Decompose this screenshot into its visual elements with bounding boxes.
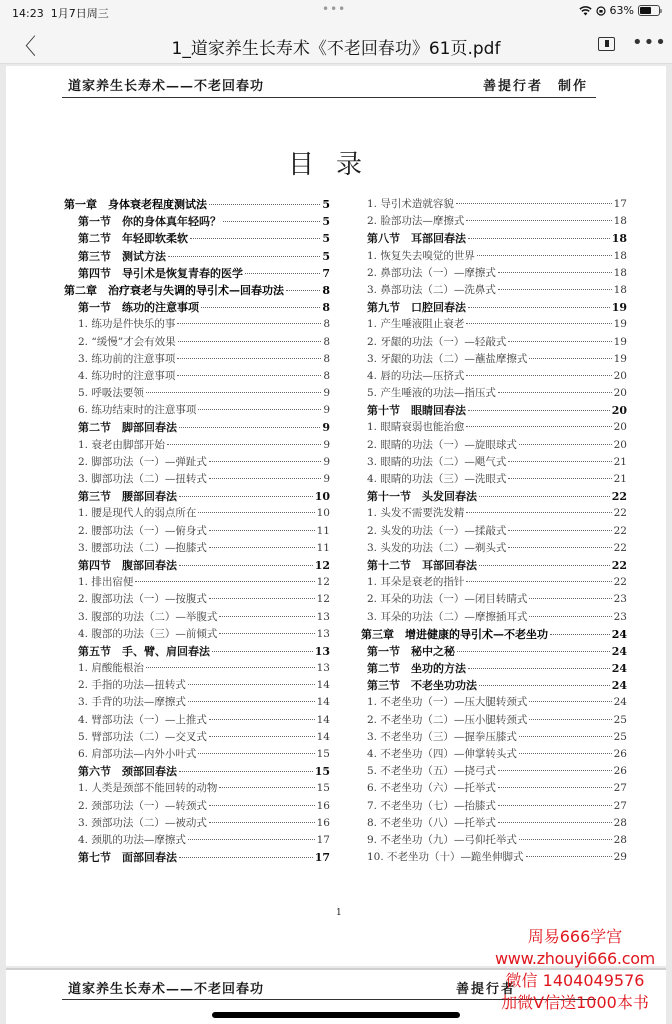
- toc-page-number: 23: [614, 593, 627, 605]
- toc-item[interactable]: 7. 不老坐功（七）—抬膝式27: [361, 798, 627, 815]
- toc-label: 2. 脚部功法（一）—弹趾式: [78, 454, 207, 469]
- toc-item[interactable]: 1. 人类是颈部不能回转的动物15: [64, 780, 330, 797]
- toc-item[interactable]: 1. 练功是件快乐的事8: [64, 316, 330, 333]
- dot-leader: [198, 753, 314, 754]
- toc-section[interactable]: 第六节 颈部回春法15: [64, 763, 330, 780]
- toc-label: 第二节 坐功的方法: [367, 660, 466, 676]
- toc-item[interactable]: 1. 产生唾液阻止衰老19: [361, 316, 627, 333]
- toc-label: 1. 耳朵是衰老的指针: [367, 574, 464, 589]
- toc-page-number: 18: [614, 284, 627, 296]
- toc-item[interactable]: 4. 唇的功法—压挤式20: [361, 368, 627, 385]
- orientation-lock-icon: [596, 6, 606, 16]
- page-title: 目录: [6, 144, 666, 181]
- dot-leader: [526, 856, 612, 857]
- dot-leader: [468, 410, 610, 411]
- toc-item[interactable]: 3. 脚部功法（二）—扭转式9: [64, 471, 330, 488]
- dot-leader: [498, 770, 612, 771]
- page-header: 道家养生长寿术——不老回春功 善提行者 制作: [62, 70, 596, 98]
- dot-leader: [219, 633, 314, 634]
- toc-label: 1. 衰老由脚部开始: [78, 437, 165, 452]
- dot-leader: [508, 461, 611, 462]
- toc-page-number: 19: [614, 353, 627, 365]
- toc-page-number: 9: [322, 421, 330, 434]
- toc-page-number: 19: [612, 301, 627, 314]
- toc-label: 2. 颈部功法（一）—转颈式: [78, 798, 207, 813]
- dot-leader: [466, 220, 611, 221]
- toc-label: 4. 腹部的功法（三）—前倾式: [78, 626, 217, 641]
- toc-item[interactable]: 5. 产生唾液的功法—指压式20: [361, 385, 627, 402]
- toc-item[interactable]: 3. 牙龈的功法（二）—蘸盐摩擦式19: [361, 351, 627, 368]
- toc-item[interactable]: 9. 不老坐功（九）—弓仰托举式28: [361, 832, 627, 849]
- toc-label: 1. 头发不需要洗发精: [367, 505, 464, 520]
- toc-label: 3. 头发的功法（二）—剃头式: [367, 540, 506, 555]
- toc-page-number: 18: [614, 267, 627, 279]
- toc-label: 5. 呼吸法要领: [78, 385, 144, 400]
- toc-page-number: 20: [614, 387, 627, 399]
- dot-leader: [529, 598, 611, 599]
- battery-percent: 63%: [610, 4, 634, 17]
- dot-leader: [177, 358, 321, 359]
- toc-page-number: 12: [315, 559, 330, 572]
- toc-label: 2. 腹部功法（一）—按腹式: [78, 591, 207, 606]
- toc-page-number: 14: [317, 714, 330, 726]
- toc-item[interactable]: 1. 腰是现代人的弱点所在10: [64, 505, 330, 522]
- toc-section[interactable]: 第四节 腹部回春法12: [64, 557, 330, 574]
- toc-label: 3. 牙龈的功法（二）—蘸盐摩擦式: [367, 351, 527, 366]
- toc-section[interactable]: 第三节 测试方法5: [64, 248, 330, 265]
- toc-section[interactable]: 第九节 口腔回春法19: [361, 299, 627, 316]
- wifi-icon: [579, 6, 592, 16]
- toc-page-number: 13: [315, 645, 330, 658]
- toc-label: 第三节 测试方法: [78, 248, 166, 264]
- toc-page-number: 13: [317, 628, 330, 640]
- toc-item[interactable]: 3. 练功前的注意事项8: [64, 351, 330, 368]
- dot-leader: [209, 822, 315, 823]
- toc-label: 10. 不老坐功（十）—跪坐伸脚式: [367, 849, 524, 864]
- toc-item[interactable]: 4. 臂部功法（一）—上推式14: [64, 712, 330, 729]
- toc-label: 1. 不老坐功（一）—压大腿转颈式: [367, 694, 527, 709]
- toc-page-number: 12: [317, 593, 330, 605]
- reader-view-button[interactable]: [598, 37, 615, 51]
- toc-item[interactable]: 4. 不老坐功（四）—伸掌转头式26: [361, 746, 627, 763]
- toc-page-number: 5: [322, 215, 330, 228]
- next-header-book-title: 道家养生长寿术——不老回春功: [68, 978, 264, 997]
- toc-item[interactable]: 1. 头发不需要洗发精22: [361, 505, 627, 522]
- dot-leader: [466, 375, 611, 376]
- toc-page-number: 27: [614, 782, 627, 794]
- dot-leader: [209, 598, 315, 599]
- toc-page-number: 20: [614, 439, 627, 451]
- dot-leader: [198, 409, 321, 410]
- toc-label: 2. 耳朵的功法（一）—闭目转睛式: [367, 591, 527, 606]
- toc-page-number: 9: [323, 473, 330, 485]
- toc-label: 4. 颈肌的功法—摩擦式: [78, 832, 186, 847]
- toc-item[interactable]: 4. 眼睛的功法（三）—洗眼式21: [361, 471, 627, 488]
- dot-leader: [209, 719, 315, 720]
- toc-item[interactable]: 2. 头发的功法（一）—揉敲式22: [361, 523, 627, 540]
- dot-leader: [498, 822, 612, 823]
- watermark-line-1: 周易666学宫: [480, 926, 670, 948]
- toc-label: 第一节 练功的注意事项: [78, 299, 199, 315]
- toc-section[interactable]: 第二节 脚部回春法9: [64, 419, 330, 436]
- toc-page-number: 11: [317, 525, 330, 537]
- toc-item[interactable]: 6. 肩部功法—内外小叶式15: [64, 746, 330, 763]
- dot-leader: [457, 651, 610, 652]
- toc-item[interactable]: 1. 排出宿便12: [64, 574, 330, 591]
- battery-icon: [638, 5, 660, 16]
- status-time: 14:23 1月7日周三: [12, 5, 109, 21]
- toc-label: 4. 眼睛的功法（三）—洗眼式: [367, 471, 506, 486]
- dot-leader: [466, 323, 611, 324]
- dot-leader: [508, 341, 611, 342]
- toc-item[interactable]: 2. 手指的功法—扭转式14: [64, 677, 330, 694]
- toc-page-number: 14: [317, 679, 330, 691]
- toc-label: 5. 不老坐功（五）—挠弓式: [367, 763, 496, 778]
- dot-leader: [498, 805, 612, 806]
- header-author: 善提行者 制作: [483, 75, 588, 94]
- pdf-page[interactable]: 道家养生长寿术——不老回春功 善提行者 制作 目录 第一章 身体衰老程度测试法5…: [6, 66, 666, 966]
- dot-leader: [477, 255, 612, 256]
- dot-leader: [219, 787, 314, 788]
- more-options-button[interactable]: •••: [632, 32, 667, 53]
- multitask-dots[interactable]: •••: [322, 2, 346, 16]
- toc-item[interactable]: 2. 脚部功法（一）—弹趾式9: [64, 454, 330, 471]
- toc-page-number: 9: [323, 387, 330, 399]
- toc-label: 3. 手背的功法—摩擦式: [78, 694, 186, 709]
- dot-leader: [466, 512, 611, 513]
- dot-leader: [508, 547, 611, 548]
- toc-item[interactable]: 3. 颈部功法（二）—被动式16: [64, 815, 330, 832]
- dot-leader: [479, 685, 610, 686]
- dot-leader: [179, 565, 313, 566]
- watermark-line-2: www.zhouyi666.com: [480, 948, 670, 970]
- toc-item[interactable]: 1. 导引术造就容貌17: [361, 196, 627, 213]
- status-bar: 14:23 1月7日周三 ••• 63%: [0, 0, 672, 24]
- toc-section[interactable]: 第二节 坐功的方法24: [361, 660, 627, 677]
- toc-item[interactable]: 2. 鼻部功法（一）—摩擦式18: [361, 265, 627, 282]
- toc-item[interactable]: 4. 颈肌的功法—摩擦式17: [64, 832, 330, 849]
- dot-leader: [498, 289, 612, 290]
- dot-leader: [219, 616, 314, 617]
- toc-page-number: 18: [614, 215, 627, 227]
- toc-label: 9. 不老坐功（九）—弓仰托举式: [367, 832, 517, 847]
- toc-page-number: 9: [323, 404, 330, 416]
- toc-item[interactable]: 4. 腹部的功法（三）—前倾式13: [64, 626, 330, 643]
- toc-item[interactable]: 1. 衰老由脚部开始9: [64, 437, 330, 454]
- toc-label: 5. 臂部功法（二）—交叉式: [78, 729, 207, 744]
- toc-page-number: 10: [317, 507, 330, 519]
- toc-item[interactable]: 2. 不老坐功（二）—压小腿转颈式25: [361, 712, 627, 729]
- dot-leader: [167, 444, 321, 445]
- toc-label: 2. 头发的功法（一）—揉敲式: [367, 523, 506, 538]
- toc-label: 1. 腰是现代人的弱点所在: [78, 505, 196, 520]
- toc-page-number: 9: [323, 456, 330, 468]
- toc-page-number: 28: [614, 817, 627, 829]
- toc-label: 6. 肩部功法—内外小叶式: [78, 746, 196, 761]
- dot-leader: [498, 392, 612, 393]
- toc-item[interactable]: 3. 头发的功法（二）—剃头式22: [361, 540, 627, 557]
- toc-section[interactable]: 第四节 导引术是恢复青春的医学7: [64, 265, 330, 282]
- toc-page-number: 17: [315, 851, 330, 864]
- toc-section[interactable]: 第三节 腰部回春法10: [64, 488, 330, 505]
- toc-label: 2. 手指的功法—扭转式: [78, 677, 186, 692]
- toc-label: 1. 恢复失去嗅觉的世界: [367, 248, 475, 263]
- toc-label: 第一章 身体衰老程度测试法: [64, 196, 207, 212]
- dot-leader: [468, 307, 610, 308]
- toc-page-number: 16: [317, 800, 330, 812]
- toc-label: 3. 耳朵的功法（二）—摩擦插耳式: [367, 609, 527, 624]
- toc-label: 4. 不老坐功（四）—伸掌转头式: [367, 746, 517, 761]
- toc-page-number: 8: [322, 284, 330, 297]
- toc-label: 第六节 颈部回春法: [78, 763, 177, 779]
- toc-page-number: 24: [612, 662, 627, 675]
- dot-leader: [529, 719, 611, 720]
- toc-page-number: 21: [614, 473, 627, 485]
- dot-leader: [529, 701, 611, 702]
- dot-leader: [209, 530, 315, 531]
- dot-leader: [179, 496, 313, 497]
- toc-section[interactable]: 第一节 秘中之秘24: [361, 643, 627, 660]
- toc-page-number: 5: [322, 232, 330, 245]
- toc-page-number: 24: [612, 679, 627, 692]
- dot-leader: [519, 753, 612, 754]
- dot-leader: [223, 221, 320, 222]
- toc-item[interactable]: 8. 不老坐功（八）—托举式28: [361, 815, 627, 832]
- dot-leader: [245, 273, 320, 274]
- dot-leader: [209, 805, 315, 806]
- toc-label: 第四节 导引术是恢复青春的医学: [78, 265, 243, 281]
- dot-leader: [519, 444, 612, 445]
- toc-label: 第十二节 耳部回春法: [367, 557, 477, 573]
- toc-page-number: 24: [614, 696, 627, 708]
- dot-leader: [201, 307, 320, 308]
- toc-item[interactable]: 3. 耳朵的功法（二）—摩擦插耳式23: [361, 609, 627, 626]
- toc-page-number: 15: [317, 748, 330, 760]
- dot-leader: [519, 736, 612, 737]
- toc-item[interactable]: 2. 脸部功法—摩擦式18: [361, 213, 627, 230]
- toc-item[interactable]: 1. 耳朵是衰老的指针22: [361, 574, 627, 591]
- dot-leader: [498, 272, 612, 273]
- toc-page-number: 25: [614, 714, 627, 726]
- toc-label: 4. 臂部功法（一）—上推式: [78, 712, 207, 727]
- dot-leader: [466, 581, 611, 582]
- toc-item[interactable]: 5. 呼吸法要领9: [64, 385, 330, 402]
- toc-page-number: 10: [315, 490, 330, 503]
- toc-column-right: 1. 导引术造就容貌172. 脸部功法—摩擦式18第八节 耳部回春法181. 恢…: [361, 196, 627, 866]
- toc-page-number: 25: [614, 731, 627, 743]
- toc-page-number: 15: [315, 765, 330, 778]
- toc-item[interactable]: 3. 不老坐功（三）—握拳压膝式25: [361, 729, 627, 746]
- watermark-line-3: 微信 1404049576: [480, 970, 670, 992]
- toc-label: 6. 练功结束时的注意事项: [78, 402, 196, 417]
- toc-item[interactable]: 5. 臂部功法（二）—交叉式14: [64, 729, 330, 746]
- toc-page-number: 15: [317, 782, 330, 794]
- document-title: 1_道家养生长寿术《不老回春功》61页.pdf: [0, 34, 672, 59]
- toc-item[interactable]: 2. 腹部功法（一）—按腹式12: [64, 591, 330, 608]
- toc-label: 第五节 手、臂、肩回春法: [78, 643, 210, 659]
- dot-leader: [212, 651, 313, 652]
- toc-item[interactable]: 6. 不老坐功（六）—托举式27: [361, 780, 627, 797]
- dot-leader: [146, 667, 315, 668]
- toc-page-number: 20: [612, 404, 627, 417]
- dot-leader: [519, 839, 612, 840]
- toc-item[interactable]: 1. 恢复失去嗅觉的世界18: [361, 248, 627, 265]
- toc-label: 2. 鼻部功法（一）—摩擦式: [367, 265, 496, 280]
- toc-page-number: 19: [614, 318, 627, 330]
- toc-page-number: 13: [317, 662, 330, 674]
- toc-page-number: 26: [614, 765, 627, 777]
- dot-leader: [179, 427, 320, 428]
- toc-page-number: 20: [614, 370, 627, 382]
- dot-leader: [146, 392, 321, 393]
- dot-leader: [135, 581, 314, 582]
- toc-section[interactable]: 第五节 手、臂、肩回春法13: [64, 643, 330, 660]
- toc-page-number: 22: [614, 507, 627, 519]
- toc-section[interactable]: 第一节 你的身体真年轻吗？5: [64, 213, 330, 230]
- dot-leader: [190, 238, 320, 239]
- toc-item[interactable]: 2. 耳朵的功法（一）—闭目转睛式23: [361, 591, 627, 608]
- toc-page-number: 22: [614, 576, 627, 588]
- toc-label: 第二节 脚部回春法: [78, 419, 177, 435]
- dot-leader: [286, 290, 320, 291]
- dot-leader: [529, 358, 611, 359]
- toc-item[interactable]: 2. 腰部功法（一）—俯身式11: [64, 523, 330, 540]
- toc-label: 1. 导引术造就容貌: [367, 196, 454, 211]
- toc-label: 2. 眼睛的功法（一）—旋眼球式: [367, 437, 517, 452]
- toc-item[interactable]: 2. 眼睛的功法（一）—旋眼球式20: [361, 437, 627, 454]
- toc-label: 第八节 耳部回春法: [367, 230, 466, 246]
- toc-page-number: 8: [323, 318, 330, 330]
- toc-item[interactable]: 3. 腰部功法（二）—抱膝式11: [64, 540, 330, 557]
- toc-label: 第二章 治疗衰老与失调的导引术—回春功法: [64, 282, 284, 298]
- toc-page-number: 5: [322, 250, 330, 263]
- toc-item[interactable]: 2. “缓慢”才会有效果8: [64, 334, 330, 351]
- toc-item[interactable]: 6. 练功结束时的注意事项9: [64, 402, 330, 419]
- toc-page-number: 12: [317, 576, 330, 588]
- toc-item[interactable]: 3. 眼睛的功法（二）—飓气式21: [361, 454, 627, 471]
- dot-leader: [177, 375, 321, 376]
- toc-item[interactable]: 5. 不老坐功（五）—挠弓式26: [361, 763, 627, 780]
- dot-leader: [466, 426, 611, 427]
- toc-page-number: 9: [323, 439, 330, 451]
- toc-page-number: 8: [323, 336, 330, 348]
- status-indicators: 63%: [579, 4, 660, 17]
- toc-item[interactable]: 1. 肩酸能根治13: [64, 660, 330, 677]
- toc-page-number: 21: [614, 456, 627, 468]
- toc-item[interactable]: 3. 腹部的功法（二）—举腹式13: [64, 609, 330, 626]
- toc-label: 3. 练功前的注意事项: [78, 351, 175, 366]
- toc-label: 第十一节 头发回春法: [367, 488, 477, 504]
- toc-section[interactable]: 第二节 年轻即软柔软5: [64, 230, 330, 247]
- toc-section[interactable]: 第一节 练功的注意事项8: [64, 299, 330, 316]
- dot-leader: [550, 634, 610, 635]
- toc-chapter[interactable]: 第一章 身体衰老程度测试法5: [64, 196, 330, 213]
- toc-label: 8. 不老坐功（八）—托举式: [367, 815, 496, 830]
- toc-label: 第一节 秘中之秘: [367, 643, 455, 659]
- dot-leader: [179, 857, 313, 858]
- toc-page-number: 26: [614, 748, 627, 760]
- toc-label: 第七节 面部回春法: [78, 849, 177, 865]
- toc-page-number: 17: [614, 198, 627, 210]
- toc-page-number: 27: [614, 800, 627, 812]
- toc-section[interactable]: 第七节 面部回春法17: [64, 849, 330, 866]
- dot-leader: [479, 565, 610, 566]
- watermark-line-4: 加微V信送1000本书: [480, 992, 670, 1014]
- toc-item[interactable]: 1. 不老坐功（一）—压大腿转颈式24: [361, 694, 627, 711]
- dot-leader: [209, 478, 321, 479]
- dot-leader: [479, 496, 610, 497]
- dot-leader: [498, 787, 612, 788]
- toc-label: 1. 肩酸能根治: [78, 660, 144, 675]
- dot-leader: [179, 771, 313, 772]
- toc-page-number: 29: [614, 851, 627, 863]
- toc-chapter[interactable]: 第二章 治疗衰老与失调的导引术—回春功法8: [64, 282, 330, 299]
- toc-label: 1. 排出宿便: [78, 574, 133, 589]
- toc-item[interactable]: 10. 不老坐功（十）—跪坐伸脚式29: [361, 849, 627, 866]
- toc-item[interactable]: 3. 手背的功法—摩擦式14: [64, 694, 330, 711]
- toc-page-number: 22: [614, 525, 627, 537]
- toc-column-left: 第一章 身体衰老程度测试法5第一节 你的身体真年轻吗？5第二节 年轻即软柔软5第…: [64, 196, 330, 866]
- toc-page-number: 22: [612, 490, 627, 503]
- toc-section[interactable]: 第十二节 耳部回春法22: [361, 557, 627, 574]
- toc-label: 第三章 增进健康的导引术—不老坐功: [361, 626, 548, 642]
- toc-page-number: 23: [614, 611, 627, 623]
- toc-item[interactable]: 4. 练功时的注意事项8: [64, 368, 330, 385]
- toc-page-number: 14: [317, 731, 330, 743]
- toc-page-number: 18: [612, 232, 627, 245]
- nav-bar: 〈 1_道家养生长寿术《不老回春功》61页.pdf •••: [0, 24, 672, 64]
- toc-label: 2. 不老坐功（二）—压小腿转颈式: [367, 712, 527, 727]
- dot-leader: [209, 547, 315, 548]
- toc-page-number: 8: [322, 301, 330, 314]
- toc-item[interactable]: 1. 眼睛衰弱也能治愈20: [361, 419, 627, 436]
- toc-page-number: 20: [614, 421, 627, 433]
- toc-chapter[interactable]: 第三章 增进健康的导引术—不老坐功24: [361, 626, 627, 643]
- dot-leader: [168, 256, 320, 257]
- toc-page-number: 17: [317, 834, 330, 846]
- toc-page-number: 8: [323, 370, 330, 382]
- dot-leader: [188, 701, 315, 702]
- dot-leader: [508, 530, 611, 531]
- toc-label: 第十节 眼睛回春法: [367, 402, 466, 418]
- toc-item[interactable]: 3. 鼻部功法（二）—洗鼻式18: [361, 282, 627, 299]
- toc-page-number: 7: [322, 267, 330, 280]
- toc-section[interactable]: 第八节 耳部回春法18: [361, 230, 627, 247]
- toc-item[interactable]: 2. 颈部功法（一）—转颈式16: [64, 798, 330, 815]
- dot-leader: [177, 323, 321, 324]
- toc-label: 3. 颈部功法（二）—被动式: [78, 815, 207, 830]
- toc-item[interactable]: 2. 牙龈的功法（一）—轻敲式19: [361, 334, 627, 351]
- toc-label: 3. 眼睛的功法（二）—飓气式: [367, 454, 506, 469]
- toc-label: 2. 腰部功法（一）—俯身式: [78, 523, 207, 538]
- toc-label: 4. 练功时的注意事项: [78, 368, 175, 383]
- toc-section[interactable]: 第十一节 头发回春法22: [361, 488, 627, 505]
- toc-label: 3. 鼻部功法（二）—洗鼻式: [367, 282, 496, 297]
- toc-page-number: 14: [317, 696, 330, 708]
- toc-label: 2. 牙龈的功法（一）—轻敲式: [367, 334, 506, 349]
- toc-section[interactable]: 第三节 不老坐功功法24: [361, 677, 627, 694]
- toc-section[interactable]: 第十节 眼睛回春法20: [361, 402, 627, 419]
- toc-page-number: 19: [614, 336, 627, 348]
- dot-leader: [456, 203, 612, 204]
- home-indicator[interactable]: [212, 1012, 460, 1018]
- toc-label: 1. 练功是件快乐的事: [78, 316, 175, 331]
- toc-label: 第三节 不老坐功功法: [367, 677, 477, 693]
- toc-label: 7. 不老坐功（七）—抬膝式: [367, 798, 496, 813]
- dot-leader: [468, 668, 610, 669]
- toc-label: 3. 腰部功法（二）—抱膝式: [78, 540, 207, 555]
- toc-page-number: 16: [317, 817, 330, 829]
